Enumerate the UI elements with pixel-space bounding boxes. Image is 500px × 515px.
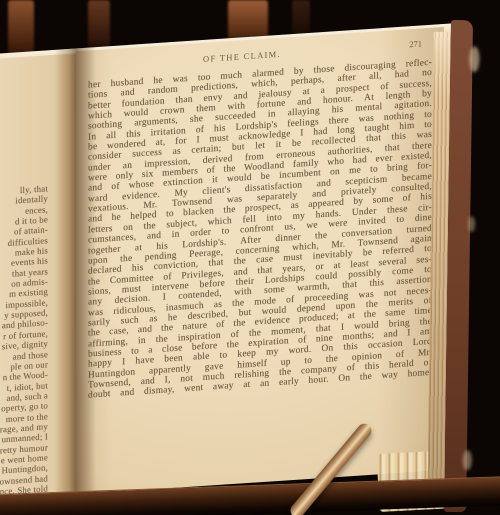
open-book: lly, that identally ences, d it to be of… — [0, 23, 460, 500]
worn-patch-icon — [463, 450, 472, 470]
left-page-text-fragments: lly, that identally ences, d it to be of… — [0, 183, 48, 501]
page-body-text: her husband he was too much alarmed by t… — [88, 58, 432, 413]
easel-slat-icon — [88, 0, 110, 50]
worn-patch-icon — [468, 216, 475, 232]
book-right-edge — [427, 20, 478, 513]
easel-slat-icon — [8, 0, 34, 58]
book-photo-scene: lly, that identally ences, d it to be of… — [0, 0, 500, 515]
page-number: 271 — [390, 38, 422, 50]
worn-patch-icon — [469, 46, 479, 72]
